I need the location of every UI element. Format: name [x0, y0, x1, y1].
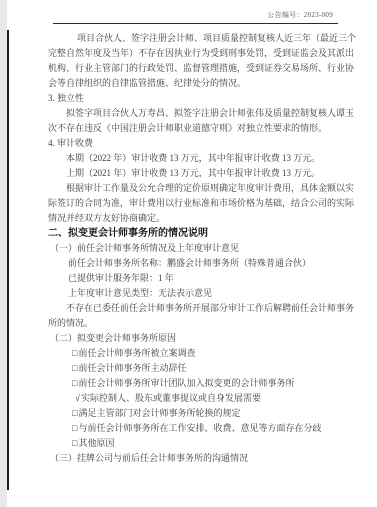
reason-option-label: 与前任会计师事务所在工作安排、收费、意见等方面存在分歧: [78, 423, 321, 433]
paragraph-line: 不存在已委任前任会计师事务所开展部分审计工作后解聘前任会计师事务: [48, 301, 358, 316]
reason-option: □前任会计师事务所被立案调查: [48, 346, 358, 361]
section-heading-independence: 3. 独立性: [48, 91, 358, 106]
detail-line-opinion-type: 上年度审计意见类型：无法表示意见: [48, 286, 358, 301]
reason-option: □与前任会计师事务所在工作安排、收费、意见等方面存在分歧: [48, 421, 358, 436]
announcement-number: 公告编号：2023-009: [267, 10, 333, 20]
paragraph-line: 上期（2021 年）审计收费 13 万元，其中年报审计收费 13 万元。: [48, 166, 358, 181]
reason-option-label: 实际控制人、股东或董事提议或自身发展需要: [81, 393, 261, 403]
detail-line-firm-name: 前任会计师事务所名称：鹏盛会计师事务所（特殊普通合伙）: [48, 256, 358, 271]
paragraph-line: 拟签字项目合伙人万寿昌、拟签字注册会计师张伟及质量控制复核人谭玉: [48, 106, 358, 121]
checkmark-icon: √: [75, 391, 80, 406]
subsection-heading-communication: （三）挂牌公司与前后任会计师事务所的沟通情况: [48, 451, 358, 466]
paragraph-line: 项目合伙人、签字注册会计师、项目质量控制复核人近三年（最近三个: [48, 31, 358, 46]
section-heading-change-firm: 二、拟变更会计师事务所的情况说明: [48, 226, 358, 241]
header-divider: [53, 23, 338, 24]
checkbox-empty-icon: □: [72, 436, 77, 451]
subsection-heading-change-reason: （二）拟变更会计师事务所原因: [48, 331, 358, 346]
reason-option-label: 前任会计师事务所被立案调查: [78, 348, 195, 358]
section-heading-fees: 4. 审计收费: [48, 136, 358, 151]
paragraph-line: 次不存在违反《中国注册会计师职业道德守则》对独立性要求的情形。: [48, 121, 358, 136]
reason-option: □满足主管部门对会计师事务所轮换的规定: [48, 406, 358, 421]
reason-option: □其他原因: [48, 436, 358, 451]
document-content: 项目合伙人、签字注册会计师、项目质量控制复核人近三年（最近三个 完整自然年度及当…: [48, 31, 358, 466]
paragraph-line: 完整自然年度及当年）不存在因执业行为受到刑事处罚，受到证监会及其派出: [48, 46, 358, 61]
checkbox-empty-icon: □: [72, 361, 77, 376]
reason-option-label: 其他原因: [78, 438, 114, 448]
scan-edge-strip: [0, 0, 7, 507]
paragraph-line: 情况并经双方友好协商确定。: [48, 211, 358, 226]
checkbox-empty-icon: □: [72, 346, 77, 361]
checkbox-empty-icon: □: [72, 421, 77, 436]
checkbox-empty-icon: □: [72, 406, 77, 421]
paragraph-line: 会等自律组织的自律监管措施、纪律处分的情况。: [48, 76, 358, 91]
document-page: 公告编号：2023-009 项目合伙人、签字注册会计师、项目质量控制复核人近三年…: [0, 0, 377, 507]
reason-option-selected: √实际控制人、股东或董事提议或自身发展需要: [48, 391, 358, 406]
subsection-heading-prior-firm: （一）前任会计师事务所情况及上年度审计意见: [48, 241, 358, 256]
paragraph-line: 际签订的合同为准，审计费用以行业标准和市场价格为基础，结合公司的实际: [48, 196, 358, 211]
paragraph-line: 机构、行业主管部门的行政处罚、监督管理措施，受到证券交易场所、行业协: [48, 61, 358, 76]
checkbox-empty-icon: □: [72, 376, 77, 391]
reason-option: □前任会计师事务所审计团队加入拟变更的会计师事务所: [48, 376, 358, 391]
scan-edge-line: [7, 30, 9, 490]
reason-option-label: 前任会计师事务所审计团队加入拟变更的会计师事务所: [78, 378, 294, 388]
reason-option-label: 前任会计师事务所主动辞任: [78, 363, 186, 373]
paragraph-line: 根据审计工作量及公允合理的定价原则确定年度审计费用，具体金额以实: [48, 181, 358, 196]
detail-line-service-years: 已提供审计服务年限：1 年: [48, 271, 358, 286]
reason-option-label: 满足主管部门对会计师事务所轮换的规定: [78, 408, 240, 418]
paragraph-line: 本期（2022 年）审计收费 13 万元，其中年报审计收费 13 万元。: [48, 151, 358, 166]
paragraph-line: 所的情况。: [48, 316, 358, 331]
reason-option: □前任会计师事务所主动辞任: [48, 361, 358, 376]
